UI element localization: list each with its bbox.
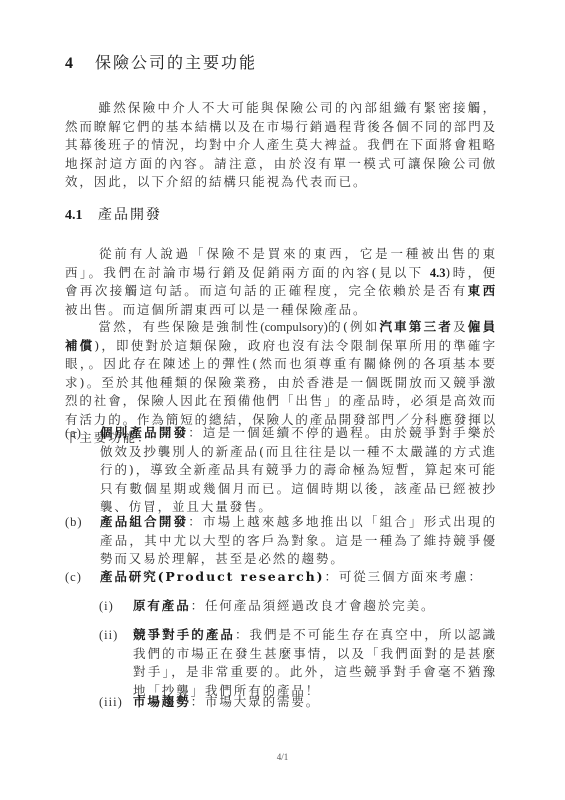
sublist-label: (i) [99,597,133,616]
sublist-item-i: (i) 原有產品：任何產品須經過改良才會趨於完美。 [99,597,497,616]
list-label: (b) [65,513,100,569]
list-item-c: (c) 產品研究(Product research)：可從三個方面來考慮： [65,568,497,587]
page-number: 4/1 [0,752,565,762]
list-item-title: 個別產品開發 [100,425,188,440]
sublist-item-title: 市場趨勢 [133,694,191,709]
emphasis-text: 東西 [468,283,497,298]
section-title: 產品開發 [98,204,162,224]
paragraph-2-text-a: 當然，有些保險是強制性 [98,319,260,334]
list-item-title: 產品研究(Product research) [100,569,324,584]
intro-paragraph: 雖然保險中介人不大可能與保險公司的內部組織有緊密接觸，然而瞭解它們的基本結構以及… [65,99,497,192]
sublist-item-iii: (iii) 市場趨勢：市場大眾的需要。 [99,693,497,712]
sublist-item-ii: (ii) 競爭對手的產品：我們是不可能生存在真空中，所以認識我們的市場正在發生甚… [99,626,497,700]
sublist-label: (ii) [99,626,133,700]
list-item-text: ：可從三個方面來考慮： [324,569,482,584]
paragraph-1-text-c: 被出售。而這個所謂東西可以是一種保險產品。 [65,302,367,317]
sublist-label: (iii) [99,693,133,712]
english-term: (compulsory) [260,320,327,334]
cross-reference: 4.3 [430,266,446,280]
chapter-heading: 4 保險公司的主要功能 [65,50,257,73]
paragraph-1: 從前有人說過「保險不是買來的東西，它是一種被出售的東西」。我們在討論市場行銷及促… [65,245,497,319]
sublist-body: 原有產品：任何產品須經過改良才會趨於完美。 [133,597,497,616]
list-body: 個別產品開發：這是一個延續不停的過程。由於競爭對手樂於倣效及抄襲別人的新產品(而… [100,424,497,517]
list-label: (c) [65,568,100,587]
chapter-title: 保險公司的主要功能 [95,50,257,73]
list-body: 產品研究(Product research)：可從三個方面來考慮： [100,568,497,587]
sublist-item-text: ：市場大眾的需要。 [191,694,321,709]
sublist-item-title: 競爭對手的產品 [133,627,235,642]
list-body: 產品組合開發：市場上越來越多地推出以「組合」形式出現的產品，其中尤以大型的客戶為… [100,513,497,569]
sublist-item-title: 原有產品 [133,598,191,613]
sublist-body: 市場趨勢：市場大眾的需要。 [133,693,497,712]
emphasis-text: 汽車第三者 [379,319,453,334]
list-item-b: (b) 產品組合開發：市場上越來越多地推出以「組合」形式出現的產品，其中尤以大型… [65,513,497,569]
intro-text: 雖然保險中介人不大可能與保險公司的內部組織有緊密接觸，然而瞭解它們的基本結構以及… [65,100,497,189]
list-item-title: 產品組合開發 [100,514,188,529]
document-page: 4 保險公司的主要功能 雖然保險中介人不大可能與保險公司的內部組織有緊密接觸，然… [0,0,565,800]
list-label: (a) [65,424,100,517]
paragraph-2-text-b: 的(例如 [328,319,380,334]
list-item-a: (a) 個別產品開發：這是一個延續不停的過程。由於競爭對手樂於倣效及抄襲別人的新… [65,424,497,517]
section-number: 4.1 [65,208,98,224]
section-heading: 4.1 產品開發 [65,204,162,224]
chapter-number: 4 [65,55,95,73]
paragraph-2-text-c: 及 [453,319,468,334]
sublist-item-text: ：任何產品須經過改良才會趨於完美。 [191,598,436,613]
sublist-body: 競爭對手的產品：我們是不可能生存在真空中，所以認識我們的市場正在發生甚麼事情，以… [133,626,497,700]
